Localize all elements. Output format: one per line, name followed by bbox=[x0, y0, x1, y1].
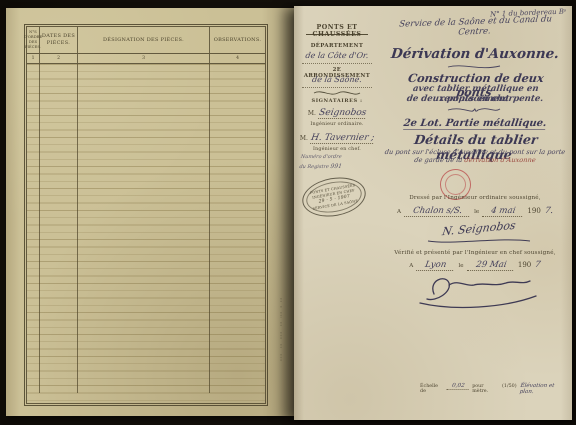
year-printed: 190 bbox=[518, 261, 531, 269]
year-printed: 190 bbox=[527, 207, 540, 215]
col-number: 2 bbox=[40, 54, 78, 63]
department-value: de la Côte d'Or. bbox=[297, 51, 376, 60]
at-label: A bbox=[397, 209, 401, 215]
drafted-date: 4 mai bbox=[482, 206, 524, 217]
registry-number: 991 bbox=[330, 163, 342, 170]
scale-value: 0,02 bbox=[446, 383, 469, 390]
detail-subtitle2: de garde de la dérivation d'Auxonne bbox=[387, 156, 562, 164]
heading-rule bbox=[306, 34, 368, 37]
service-title: Service de la Saône et du Canal du Centr… bbox=[385, 14, 565, 40]
signatory-title: Ingénieur en chef. bbox=[300, 147, 374, 152]
scale-fraction: (1/50) bbox=[502, 384, 517, 389]
drafted-by-label: Dressé par l'Ingénieur ordinaire soussig… bbox=[388, 195, 562, 201]
column-divider bbox=[77, 64, 78, 393]
title-flourish bbox=[444, 63, 504, 71]
scale-label: Échelle de bbox=[420, 384, 444, 394]
stamp-text-bottom: Service de la Saône bbox=[312, 199, 358, 211]
drafted-place: Chalon s/S. bbox=[404, 206, 471, 217]
scale-content-note: Élévation et plan. bbox=[519, 383, 567, 395]
pieces-table: N°s d'ordre des pièces. Dates des pièces… bbox=[24, 24, 268, 406]
stamp-text-top: Ponts et Chaussées bbox=[310, 183, 356, 195]
name-prefix: M. bbox=[308, 110, 316, 117]
drafted-place-date-line: A Chalon s/S. le 4 mai 1907. bbox=[388, 206, 562, 217]
chief-engineer-signature bbox=[412, 272, 542, 312]
registry-line2: du Registre bbox=[299, 164, 329, 170]
signatory-name: H. Tavernier ; bbox=[310, 133, 375, 144]
year-hand: 7. bbox=[544, 206, 554, 216]
column-divider bbox=[39, 64, 40, 393]
signatory-name: Seignobos bbox=[318, 108, 367, 119]
fill-rule bbox=[302, 86, 372, 88]
stamp-text-mid: Ingénieur en chef bbox=[312, 188, 355, 199]
section-flourish bbox=[444, 105, 504, 115]
year-hand: 7 bbox=[534, 260, 541, 270]
col-number: 4 bbox=[210, 54, 265, 63]
col-number: 1 bbox=[27, 54, 40, 63]
at-label: A bbox=[409, 263, 413, 269]
col-header-observations: Observations. bbox=[210, 27, 265, 53]
district-value: de la Saône. bbox=[297, 75, 376, 84]
table-number-row: 1 2 3 4 bbox=[27, 54, 265, 64]
le-label: le bbox=[458, 263, 463, 269]
verified-date: 29 Mai bbox=[467, 260, 515, 271]
bordereau-page: N°s d'ordre des pièces. Dates des pièces… bbox=[6, 8, 296, 416]
column-divider bbox=[209, 64, 210, 393]
registry-line1: Numéro d'ordre bbox=[300, 154, 342, 160]
derivation-title: Dérivation d'Auxonne. bbox=[387, 46, 563, 62]
department-label: Département bbox=[300, 43, 374, 49]
document-page: N° 1 du bordereau Bˢ Service de la Saône… bbox=[294, 6, 572, 420]
verified-by-label: Vérifié et présenté par l'Ingénieur en c… bbox=[386, 250, 564, 256]
signature-underline-flourish bbox=[424, 237, 534, 245]
registry-note: Numéro d'ordre du Registre 991 bbox=[299, 154, 367, 171]
divider-squiggle bbox=[312, 89, 362, 97]
table-body-ruled bbox=[27, 64, 265, 403]
le-label: le bbox=[474, 209, 479, 215]
fill-rule bbox=[302, 62, 372, 64]
stamp-date: 29 · 5 · 1907 bbox=[318, 194, 350, 205]
col-header-order: N°s d'ordre des pièces. bbox=[27, 27, 40, 53]
signatory-ordinary: M. Seignobos bbox=[298, 108, 376, 119]
col-number: 3 bbox=[78, 54, 210, 63]
scale-note-line: Échelle de 0,02 pour mètre. (1/50) Éléva… bbox=[420, 383, 566, 395]
verified-place: Lyon bbox=[416, 260, 455, 271]
main-title-line3: de deux ponts en charpente. bbox=[387, 94, 562, 104]
name-prefix: M. bbox=[300, 135, 308, 142]
lot-line: 2e Lot. Partie métallique. bbox=[387, 118, 563, 129]
col-header-dates: Dates des pièces. bbox=[40, 27, 78, 53]
engineer-oval-stamp: Ponts et Chaussées Ingénieur en chef 29 … bbox=[299, 173, 369, 222]
col-header-designation: Désignation des pièces. bbox=[78, 27, 210, 53]
printer-imprint bbox=[278, 296, 284, 366]
signatory-chief: M. H. Tavernier ; bbox=[298, 133, 376, 144]
scanned-document: N°s d'ordre des pièces. Dates des pièces… bbox=[0, 0, 576, 425]
scale-unit: pour mètre. bbox=[472, 384, 499, 394]
signatories-label: Signataires : bbox=[300, 98, 374, 104]
detail-subtitle1: du pont sur l'écluse d'Auxonne et du pon… bbox=[381, 148, 568, 156]
table-header-row: N°s d'ordre des pièces. Dates des pièces… bbox=[27, 27, 265, 54]
signatory-title: Ingénieur ordinaire. bbox=[300, 122, 374, 127]
red-ink-correction: dérivation d'Auxonne bbox=[464, 156, 536, 164]
verified-place-date-line: A Lyon le 29 Mai 1907 bbox=[388, 260, 562, 271]
